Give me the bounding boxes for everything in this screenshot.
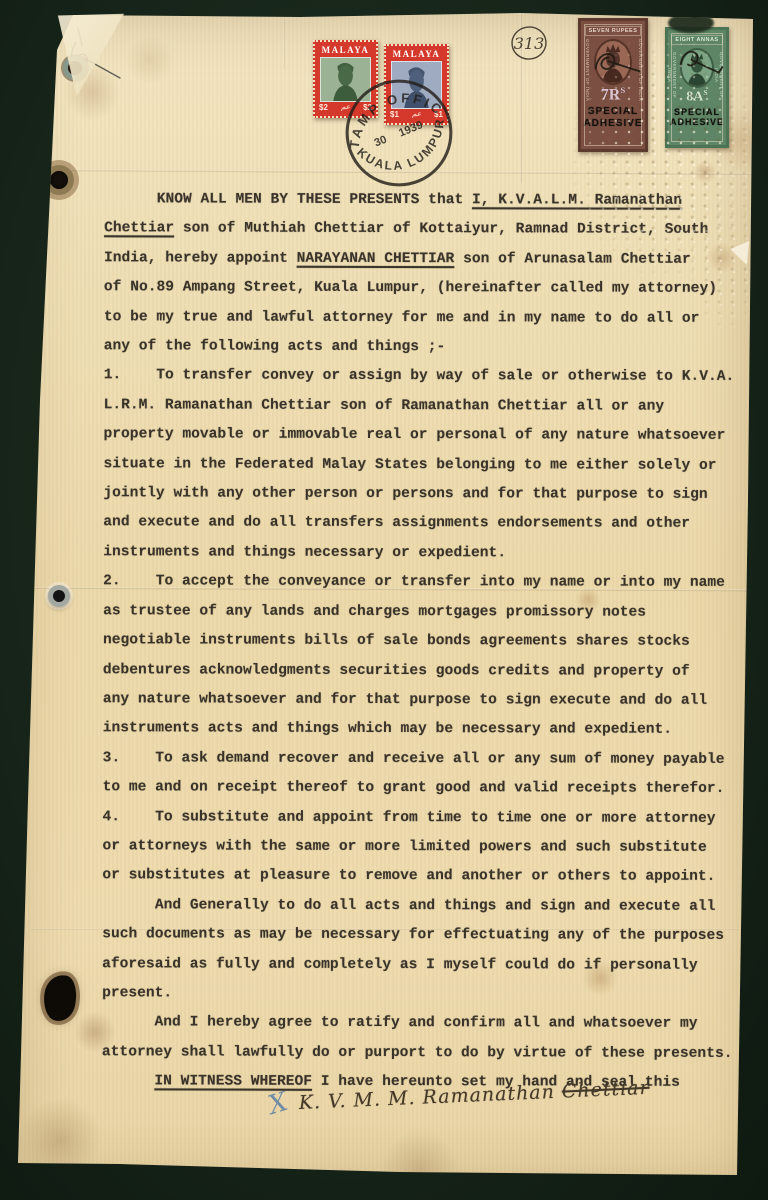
- document-line: or substitutes at pleasure to remove and…: [0, 861, 767, 892]
- document-line: attorney shall lawfully do or purport to…: [0, 1038, 767, 1069]
- text-segment: as trustee of any lands and charges mort…: [103, 603, 646, 620]
- text-segment: situate in the Federated Malay States be…: [103, 456, 716, 474]
- document-line: 2. To accept the conveyance or transfer …: [0, 567, 768, 598]
- text-segment: negotiable instruments bills of sale bon…: [103, 632, 690, 650]
- document-line: to be my true and lawful attorney for me…: [1, 303, 768, 334]
- stamp-india-eight-annas: EIGHT ANNAS GOVERNMENT OF INDIA GOVERNME…: [665, 27, 729, 148]
- ink-smudge: [668, 13, 714, 33]
- text-segment: any of the following acts and things ;-: [104, 338, 446, 355]
- text-segment: 4. To substitute and appoint from time t…: [103, 809, 716, 827]
- document-line: And Generally to do all acts and things …: [0, 891, 767, 922]
- text-segment: to be my true and lawful attorney for me…: [104, 309, 700, 327]
- underlined-text-segment: I, K.V.A.L.M. Ramanathan: [472, 192, 682, 209]
- edge-tear: [729, 239, 749, 265]
- document-line: jointly with any other person or persons…: [0, 479, 768, 510]
- stamp-india-seven-rupees: SEVEN RUPEES GOVERNMENT OF INDIA GOVERNM…: [578, 18, 648, 152]
- document-line: instruments acts and things which may be…: [0, 714, 768, 745]
- postmark-date-day: 30: [373, 134, 389, 150]
- text-segment: And Generally to do all acts and things …: [102, 897, 715, 915]
- document-line: of No.89 Ampang Street, Kuala Lumpur, (h…: [1, 273, 768, 304]
- text-segment: instruments acts and things which may be…: [103, 721, 672, 738]
- text-segment: KNOW ALL MEN BY THESE PRESENTS that: [104, 191, 472, 208]
- text-segment: son of Arunasalam Chettiar: [454, 251, 691, 268]
- document-line: instruments and things necessary or expe…: [0, 538, 768, 569]
- text-segment: son of Muthiah Chettiar of Kottaiyur, Ra…: [174, 221, 708, 238]
- text-segment: property movable or immovable real or pe…: [104, 427, 726, 445]
- fold-crease: [283, 14, 285, 69]
- text-segment: debentures acknowledgments securities go…: [103, 662, 690, 680]
- text-segment: attorney shall lawfully do or purport to…: [102, 1044, 733, 1062]
- document-line: 3. To ask demand recover and receive all…: [0, 744, 768, 775]
- text-segment: or substitutes at pleasure to remove and…: [102, 868, 715, 886]
- text-segment: to me and on receipt thereof to grant go…: [103, 779, 725, 797]
- text-segment: L.R.M. Ramanathan Chettiar son of Ramana…: [104, 397, 665, 414]
- text-segment: or attorneys with the same or more limit…: [102, 838, 706, 856]
- text-segment: 2. To accept the conveyance or transfer …: [103, 574, 725, 592]
- pen-cancel-mark: [668, 30, 726, 140]
- text-segment: aforesaid as fully and completely as I m…: [102, 956, 698, 974]
- underlined-text-segment: IN WITNESS WHEREOF: [154, 1074, 312, 1090]
- document-line: as trustee of any lands and charges mort…: [0, 597, 768, 628]
- document-line: Chettiar son of Muthiah Chettiar of Kott…: [1, 214, 768, 245]
- text-segment: of No.89 Ampang Street, Kuala Lumpur, (h…: [104, 279, 717, 297]
- text-segment: India, hereby appoint: [104, 250, 297, 267]
- text-segment: 3. To ask demand recover and receive all…: [103, 750, 725, 768]
- document-line: to me and on receipt thereof to grant go…: [0, 773, 768, 804]
- text-segment: instruments and things necessary or expe…: [103, 544, 506, 561]
- signature-name-struck: Chettiar: [561, 1077, 650, 1103]
- document-line: India, hereby appoint NARAYANAN CHETTIAR…: [1, 244, 768, 275]
- document-line: L.R.M. Ramanathan Chettiar son of Ramana…: [1, 391, 768, 422]
- text-segment: And I hereby agree to ratify and confirm…: [102, 1015, 698, 1033]
- text-segment: any nature whatsoever and for that purpo…: [103, 691, 707, 709]
- document-paper: KNOW ALL MEN BY THESE PRESENTS that I, K…: [0, 0, 768, 1200]
- text-segment: 1. To transfer convey or assign by way o…: [104, 368, 735, 386]
- pen-cancel-mark: [581, 21, 645, 144]
- document-line: any nature whatsoever and for that purpo…: [0, 685, 768, 716]
- circled-number: 313: [506, 22, 552, 64]
- postmark-date-year: 1939: [397, 119, 425, 139]
- document-text: KNOW ALL MEN BY THESE PRESENTS that I, K…: [0, 185, 768, 1099]
- document-line: And I hereby agree to ratify and confirm…: [0, 1008, 767, 1039]
- document-line: debentures acknowledgments securities go…: [0, 655, 768, 686]
- document-line: 1. To transfer convey or assign by way o…: [1, 361, 768, 392]
- punched-hole: [44, 165, 74, 195]
- text-segment: jointly with any other person or persons…: [103, 485, 707, 503]
- document-line: 4. To substitute and appoint from time t…: [0, 803, 768, 834]
- stamp-country-label: MALAYA: [318, 44, 373, 57]
- underlined-text-segment: Chettiar: [104, 221, 174, 237]
- text-segment: [102, 1073, 155, 1089]
- document-line: negotiable instruments bills of sale bon…: [0, 626, 768, 657]
- document-line: any of the following acts and things ;-: [1, 332, 768, 363]
- document-line: such documents as may be necessary for e…: [0, 920, 767, 951]
- underlined-text-segment: NARAYANAN CHETTIAR: [297, 251, 455, 267]
- document-line: present.: [0, 979, 767, 1010]
- document-line: property movable or immovable real or pe…: [1, 420, 768, 451]
- document-line: situate in the Federated Malay States be…: [0, 450, 768, 481]
- circled-number-text: 313: [514, 34, 545, 53]
- document-line: or attorneys with the same or more limit…: [0, 832, 767, 863]
- text-segment: and execute and do all transfers assignm…: [103, 515, 690, 533]
- document-line: aforesaid as fully and completely as I m…: [0, 950, 767, 981]
- text-segment: such documents as may be necessary for e…: [102, 926, 724, 944]
- text-segment: present.: [102, 985, 172, 1001]
- eyelet-grommet: [48, 585, 70, 607]
- document-line: and execute and do all transfers assignm…: [0, 508, 768, 539]
